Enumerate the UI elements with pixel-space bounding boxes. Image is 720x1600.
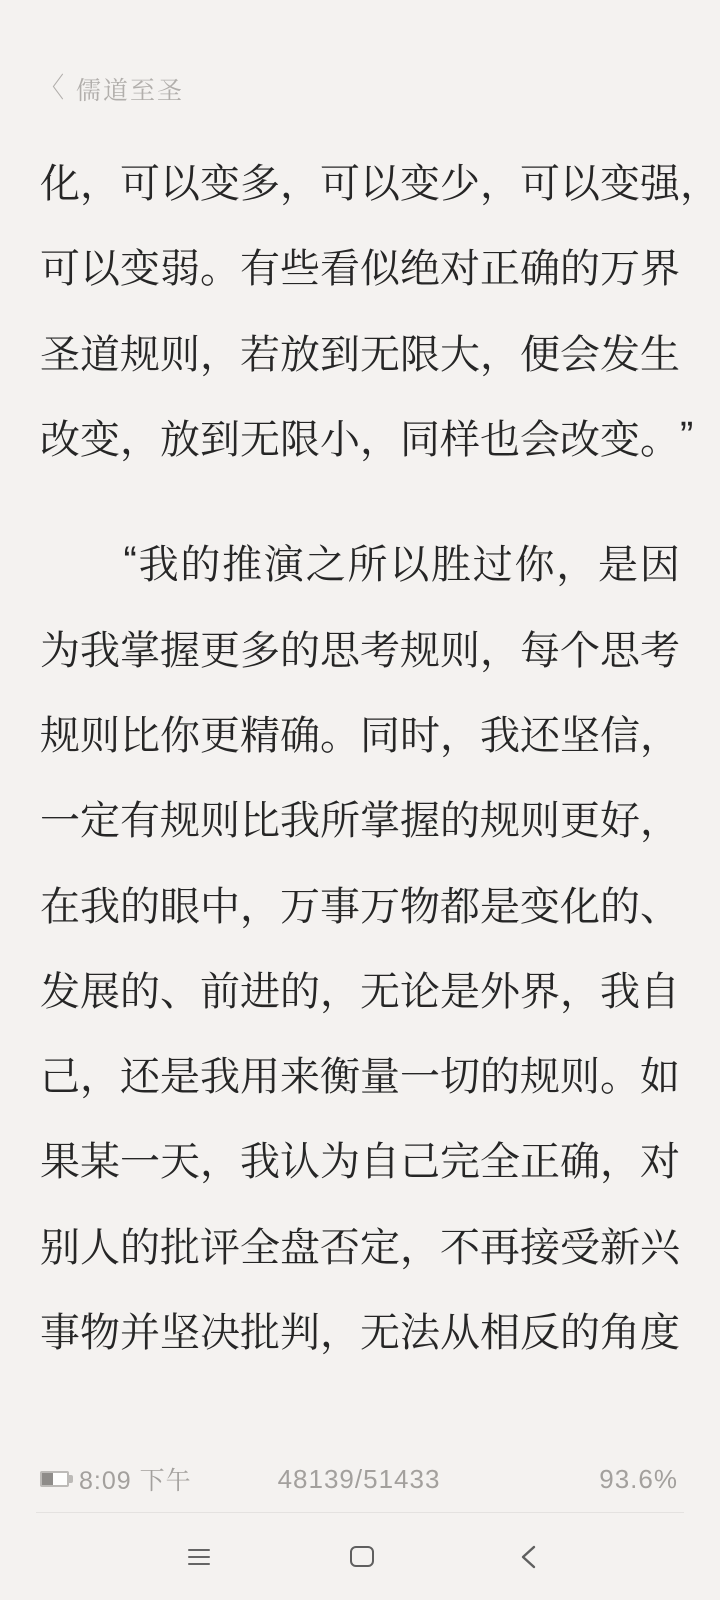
reading-percent: 93.6% bbox=[599, 1464, 678, 1495]
recents-button[interactable] bbox=[159, 1513, 239, 1600]
status-left-group: 8:09 下午 bbox=[40, 1461, 192, 1497]
text-line: 事物并坚决批判，无法从相反的角度 bbox=[40, 1287, 680, 1372]
paragraph: 化，可以变多，可以变少，可以变强，可以变弱。有些看似绝对正确的万界圣道规则，若放… bbox=[40, 138, 680, 479]
text-line: 改变，放到无限小，同样也会改变。” bbox=[40, 394, 680, 479]
reader-header: 〈 儒道至圣 bbox=[40, 74, 184, 104]
paragraph: “我的推演之所以胜过你，是因为我掌握更多的思考规则，每个思考规则比你更精确。同时… bbox=[40, 519, 680, 1372]
text-line: 化，可以变多，可以变少，可以变强， bbox=[40, 138, 680, 223]
text-line: 别人的批评全盘否定，不再接受新兴 bbox=[40, 1202, 680, 1287]
text-line: 规则比你更精确。同时，我还坚信， bbox=[40, 690, 680, 775]
text-line: 圣道规则，若放到无限大，便会发生 bbox=[40, 309, 680, 394]
home-icon bbox=[350, 1546, 374, 1567]
book-title[interactable]: 儒道至圣 bbox=[76, 71, 184, 107]
reader-content[interactable]: 化，可以变多，可以变少，可以变强，可以变弱。有些看似绝对正确的万界圣道规则，若放… bbox=[40, 138, 680, 1372]
text-line: 可以变弱。有些看似绝对正确的万界 bbox=[40, 223, 680, 308]
hamburger-menu-icon bbox=[188, 1549, 210, 1565]
back-button[interactable] bbox=[488, 1513, 568, 1600]
reader-status-bar: 8:09 下午 48139/51433 93.6% bbox=[40, 1462, 678, 1496]
text-line: 在我的眼中，万事万物都是变化的、 bbox=[40, 860, 680, 945]
text-line: 果某一天，我认为自己完全正确，对 bbox=[40, 1116, 680, 1201]
text-line: 发展的、前进的，无论是外界，我自 bbox=[40, 946, 680, 1031]
text-line: 己，还是我用来衡量一切的规则。如 bbox=[40, 1031, 680, 1116]
battery-fill bbox=[42, 1473, 53, 1485]
text-line: 为我掌握更多的思考规则，每个思考 bbox=[40, 604, 680, 689]
home-button[interactable] bbox=[322, 1513, 402, 1600]
android-nav-bar bbox=[0, 1513, 720, 1600]
back-chevron-icon[interactable]: 〈 bbox=[40, 75, 64, 103]
text-line: “我的推演之所以胜过你，是因 bbox=[40, 519, 680, 604]
chevron-left-icon bbox=[519, 1544, 537, 1570]
battery-icon bbox=[40, 1471, 69, 1487]
reading-position-counter: 48139/51433 bbox=[278, 1464, 441, 1495]
text-line: 一定有规则比我所掌握的规则更好， bbox=[40, 775, 680, 860]
reader-screen: 〈 儒道至圣 化，可以变多，可以变少，可以变强，可以变弱。有些看似绝对正确的万界… bbox=[0, 0, 720, 1600]
clock-time: 8:09 下午 bbox=[79, 1461, 192, 1497]
